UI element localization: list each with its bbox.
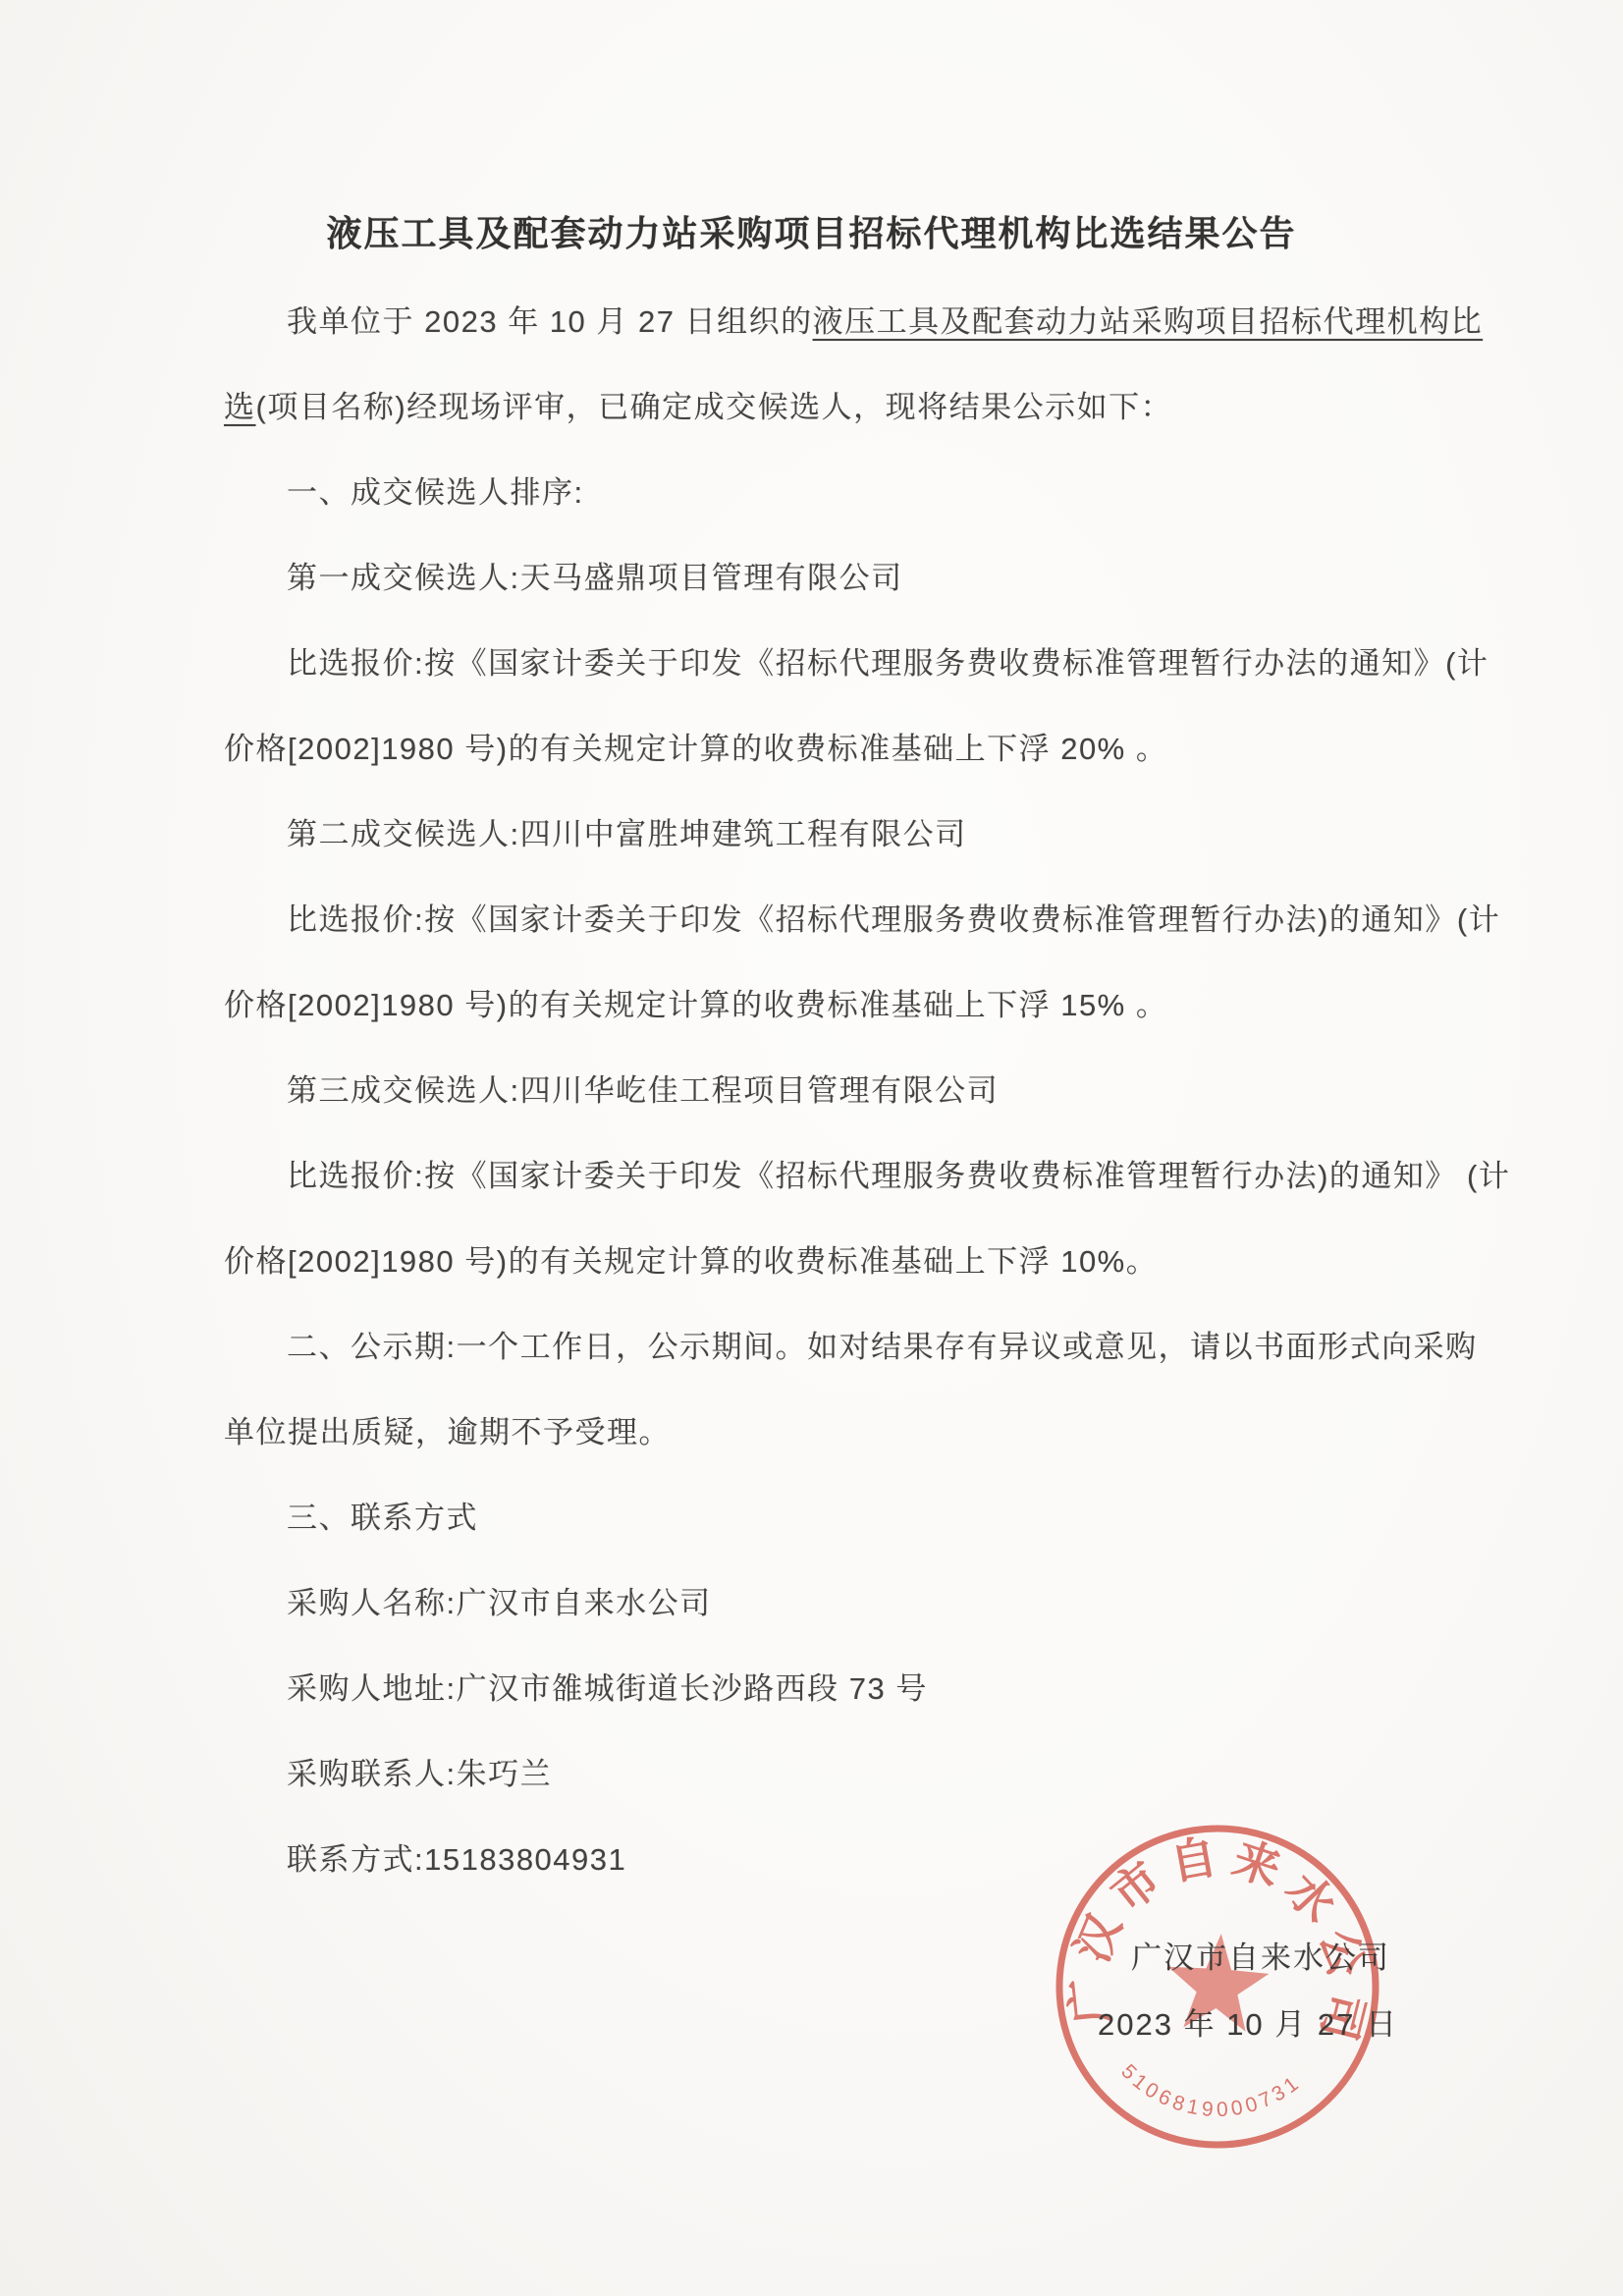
seal-serial-number: 5106819000731 [1114,2059,1307,2128]
candidate2-name: 第二成交候选人:四川中富胜坤建筑工程有限公司 [287,815,967,854]
section1-heading: 一、成交候选人排序: [287,473,584,513]
intro-line1-project-name-underlined: 液压工具及配套动力站采购项目招标代理机构比 [813,304,1484,339]
scanned-announcement-page: 液压工具及配套动力站采购项目招标代理机构比选结果公告 我单位于 2023 年 1… [0,0,1623,2296]
notice-line-2: 单位提出质疑，逾期不予受理。 [224,1413,671,1452]
notice-line-1: 二、公示期:一个工作日，公示期间。如对结果存有异议或意见，请以书面形式向采购 [287,1328,1478,1367]
candidate3-quote-line2: 价格[2002]1980 号)的有关规定计算的收费标准基础上下浮 10%。 [224,1242,1158,1282]
signature-company: 广汉市自来水公司 [1131,1933,1390,1977]
candidate1-name: 第一成交候选人:天马盛鼎项目管理有限公司 [287,559,903,598]
signature-date: 2023 年 10 月 27 日 [1098,1999,1398,2044]
company-seal-stamp: 广汉市自来水公司 5106819000731 [1036,1805,1399,2168]
candidate3-name: 第三成交候选人:四川华屹佳工程项目管理有限公司 [287,1071,999,1111]
intro-line-1: 我单位于 2023 年 10 月 27 日组织的液压工具及配套动力站采购项目招标… [287,302,1483,342]
candidate1-quote-line1: 比选报价:按《国家计委关于印发《招标代理服务费收费标准管理暂行办法的通知》(计 [287,644,1488,683]
intro-line2-underlined: 选 [224,390,256,424]
purchaser-address: 采购人地址:广汉市雒城街道长沙路西段 73 号 [287,1669,928,1709]
seal-graphic: 广汉市自来水公司 5106819000731 [1036,1805,1399,2168]
candidate2-quote-line1: 比选报价:按《国家计委关于印发《招标代理服务费收费标准管理暂行办法)的通知》(计 [287,901,1500,940]
section3-heading: 三、联系方式 [287,1499,478,1538]
svg-text:5106819000731: 5106819000731 [1114,2059,1307,2128]
intro-line-2: 选(项目名称)经现场评审，已确定成交候选人，现将结果公示如下： [224,388,1172,427]
purchaser-contact-phone: 联系方式:15183804931 [287,1840,626,1880]
candidate3-quote-line1: 比选报价:按《国家计委关于印发《招标代理服务费收费标准管理暂行办法)的通知》 (… [287,1157,1510,1196]
purchaser-name: 采购人名称:广汉市自来水公司 [287,1584,712,1623]
intro-line1-pre: 我单位于 2023 年 10 月 27 日组织的 [287,304,813,339]
page-title: 液压工具及配套动力站采购项目招标代理机构比选结果公告 [0,206,1623,256]
candidate1-quote-line2: 价格[2002]1980 号)的有关规定计算的收费标准基础上下浮 20% 。 [224,730,1167,769]
candidate2-quote-line2: 价格[2002]1980 号)的有关规定计算的收费标准基础上下浮 15% 。 [224,986,1167,1025]
purchaser-contact-person: 采购联系人:朱巧兰 [287,1755,552,1794]
intro-line2-rest: (项目名称)经现场评审，已确定成交候选人，现将结果公示如下： [256,390,1173,424]
